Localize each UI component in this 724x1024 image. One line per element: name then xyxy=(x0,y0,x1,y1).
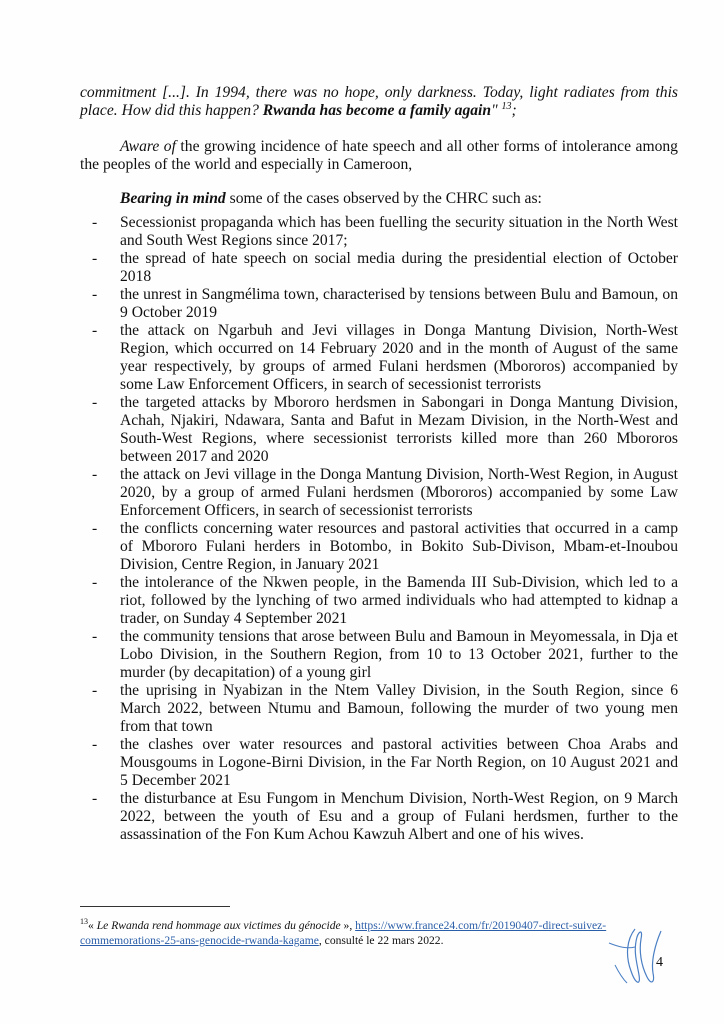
page-number: 4 xyxy=(656,955,663,971)
bearing-lead: Bearing in mind xyxy=(120,190,226,207)
footnote-close-quote: », xyxy=(341,919,356,932)
case-text: the community tensions that arose betwee… xyxy=(120,628,678,681)
quote-paragraph: commitment [...]. In 1994, there was no … xyxy=(80,84,678,120)
footnote: 13« Le Rwanda rend hommage aux victimes … xyxy=(80,918,640,948)
quote-trailing: ; xyxy=(512,102,517,119)
list-item: -the attack on Jevi village in the Donga… xyxy=(80,466,678,520)
case-text: the clashes over water resources and pas… xyxy=(120,736,678,789)
footnote-title: Le Rwanda rend hommage aux victimes du g… xyxy=(97,919,341,932)
case-text: the unrest in Sangmélima town, character… xyxy=(120,286,678,321)
list-item: -the targeted attacks by Mbororo herdsme… xyxy=(80,394,678,466)
document-page: commitment [...]. In 1994, there was no … xyxy=(0,0,724,1024)
list-bullet: - xyxy=(92,520,97,538)
bearing-paragraph: Bearing in mind some of the cases observ… xyxy=(80,190,678,208)
footnote-separator xyxy=(80,906,230,907)
list-bullet: - xyxy=(92,790,97,808)
case-text: the attack on Jevi village in the Donga … xyxy=(120,466,678,519)
aware-lead: Aware of xyxy=(120,138,176,155)
case-text: the intolerance of the Nkwen people, in … xyxy=(120,574,678,627)
list-bullet: - xyxy=(92,250,97,268)
list-bullet: - xyxy=(92,322,97,340)
footnote-open-quote: « xyxy=(88,919,97,932)
list-item: -the spread of hate speech on social med… xyxy=(80,250,678,286)
list-item: -the disturbance at Esu Fungom in Menchu… xyxy=(80,790,678,844)
case-text: the conflicts concerning water resources… xyxy=(120,520,678,573)
list-bullet: - xyxy=(92,628,97,646)
footnote-suffix: , consulté le 22 mars 2022. xyxy=(319,934,444,947)
list-bullet: - xyxy=(92,736,97,754)
case-text: the targeted attacks by Mbororo herdsmen… xyxy=(120,394,678,465)
list-bullet: - xyxy=(92,394,97,412)
list-bullet: - xyxy=(92,682,97,700)
body-text: commitment [...]. In 1994, there was no … xyxy=(80,84,678,844)
list-item: -the unrest in Sangmélima town, characte… xyxy=(80,286,678,322)
quote-closing-mark: " xyxy=(491,102,501,119)
case-text: the disturbance at Esu Fungom in Menchum… xyxy=(120,790,678,843)
list-item: -the community tensions that arose betwe… xyxy=(80,628,678,682)
quote-bold-text: Rwanda has become a family again xyxy=(263,102,491,119)
list-bullet: - xyxy=(92,466,97,484)
list-item: -Secessionist propaganda which has been … xyxy=(80,214,678,250)
list-item: -the intolerance of the Nkwen people, in… xyxy=(80,574,678,628)
footnote-number: 13 xyxy=(80,917,88,926)
list-bullet: - xyxy=(92,574,97,592)
case-text: the spread of hate speech on social medi… xyxy=(120,250,678,285)
cases-list: -Secessionist propaganda which has been … xyxy=(80,214,678,844)
list-bullet: - xyxy=(92,214,97,232)
bearing-text: some of the cases observed by the CHRC s… xyxy=(226,190,542,207)
list-item: -the conflicts concerning water resource… xyxy=(80,520,678,574)
aware-paragraph: Aware of the growing incidence of hate s… xyxy=(80,138,678,174)
case-text: Secessionist propaganda which has been f… xyxy=(120,214,678,249)
list-bullet: - xyxy=(92,286,97,304)
list-item: -the clashes over water resources and pa… xyxy=(80,736,678,790)
list-item: -the uprising in Nyabizan in the Ntem Va… xyxy=(80,682,678,736)
list-item: -the attack on Ngarbuh and Jevi villages… xyxy=(80,322,678,394)
case-text: the uprising in Nyabizan in the Ntem Val… xyxy=(120,682,678,735)
case-text: the attack on Ngarbuh and Jevi villages … xyxy=(120,322,678,393)
footnote-reference[interactable]: 13 xyxy=(502,101,512,112)
